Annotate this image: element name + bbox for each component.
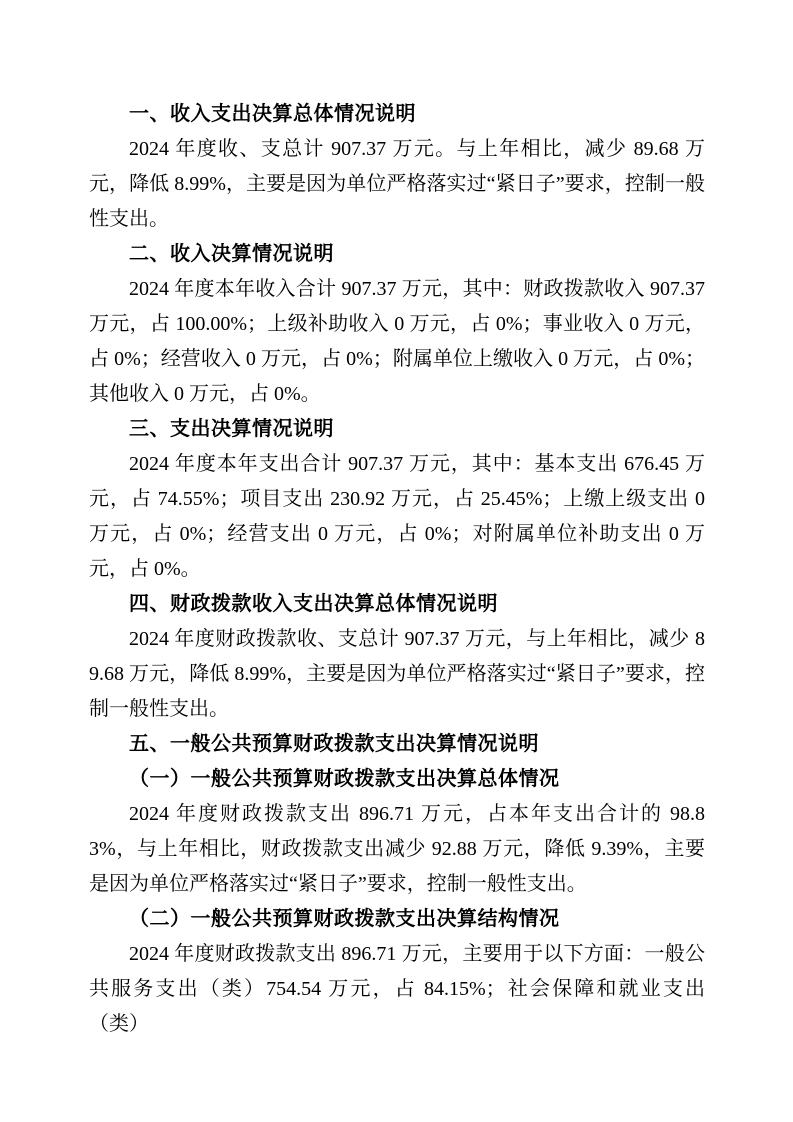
section-4-paragraph: 2024 年度财政拨款收、支总计 907.37 万元，与上年相比，减少 89.6… (89, 622, 705, 727)
document-content: 一、收入支出决算总体情况说明 2024 年度收、支总计 907.37 万元。与上… (0, 0, 793, 1042)
document-page: 一、收入支出决算总体情况说明 2024 年度收、支总计 907.37 万元。与上… (0, 0, 793, 1122)
section-3-paragraph: 2024 年度本年支出合计 907.37 万元，其中：基本支出 676.45 万… (89, 447, 705, 587)
section-3-heading: 三、支出决算情况说明 (89, 412, 705, 447)
section-5-1-heading: （一）一般公共预算财政拨款支出决算总体情况 (89, 762, 705, 797)
section-2-paragraph: 2024 年度本年收入合计 907.37 万元，其中：财政拨款收入 907.37… (89, 272, 705, 412)
section-2-heading: 二、收入决算情况说明 (89, 237, 705, 272)
section-4-heading: 四、财政拨款收入支出决算总体情况说明 (89, 587, 705, 622)
section-1-heading: 一、收入支出决算总体情况说明 (89, 97, 705, 132)
section-5-1-paragraph: 2024 年度财政拨款支出 896.71 万元，占本年支出合计的 98.83%，… (89, 797, 705, 902)
section-5-2-paragraph: 2024 年度财政拨款支出 896.71 万元，主要用于以下方面：一般公共服务支… (89, 937, 705, 1042)
section-5-2-heading: （二）一般公共预算财政拨款支出决算结构情况 (89, 902, 705, 937)
section-1-paragraph: 2024 年度收、支总计 907.37 万元。与上年相比，减少 89.68 万元… (89, 132, 705, 237)
section-5-heading: 五、一般公共预算财政拨款支出决算情况说明 (89, 727, 705, 762)
